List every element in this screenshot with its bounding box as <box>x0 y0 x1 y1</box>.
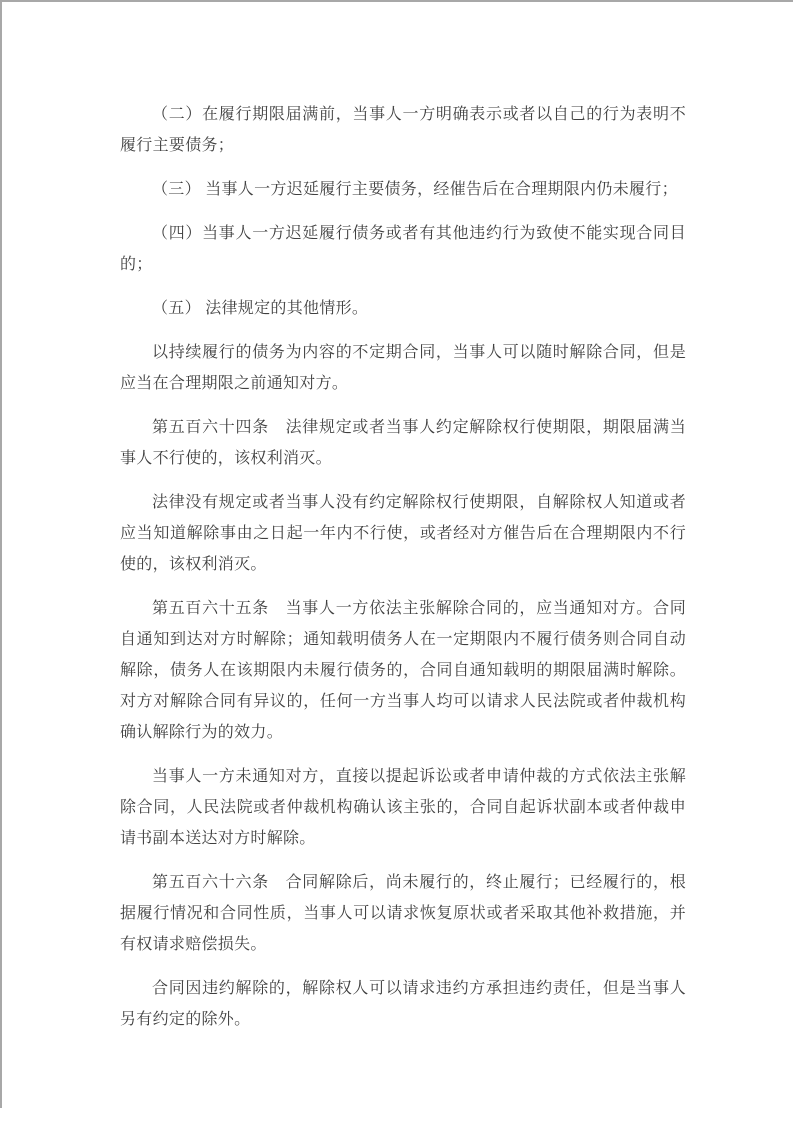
article-565-paragraph-2: 当事人一方未通知对方，直接以提起诉讼或者申请仲裁的方式依法主张解除合同，人民法院… <box>120 761 686 854</box>
clause-item-3: （三） 当事人一方迟延履行主要债务，经催告后在合理期限内仍未履行； <box>120 174 686 205</box>
article-564-paragraph-1: 第五百六十四条 法律规定或者当事人约定解除权行使期限，期限届满当事人不行使的，该… <box>120 412 686 474</box>
paragraph-continuous-contract: 以持续履行的债务为内容的不定期合同，当事人可以随时解除合同，但是应当在合理期限之… <box>120 337 686 399</box>
article-566-paragraph-1: 第五百六十六条 合同解除后，尚未履行的，终止履行；已经履行的，根据履行情况和合同… <box>120 867 686 960</box>
article-566-paragraph-2: 合同因违约解除的，解除权人可以请求违约方承担违约责任，但是当事人另有约定的除外。 <box>120 973 686 1035</box>
page-frame-top-border <box>0 0 793 2</box>
clause-item-4: （四）当事人一方迟延履行债务或者有其他违约行为致使不能实现合同目的； <box>120 218 686 280</box>
article-564-paragraph-2: 法律没有规定或者当事人没有约定解除权行使期限，自解除权人知道或者应当知道解除事由… <box>120 487 686 580</box>
clause-item-5: （五） 法律规定的其他情形。 <box>120 293 686 324</box>
document-page: { "page": { "background": "#ffffff", "fr… <box>0 0 793 1122</box>
clause-item-2: （二）在履行期限届满前，当事人一方明确表示或者以自己的行为表明不履行主要债务； <box>120 99 686 161</box>
article-565-paragraph-1: 第五百六十五条 当事人一方依法主张解除合同的，应当通知对方。合同自通知到达对方时… <box>120 593 686 748</box>
page-frame-left-border <box>0 0 2 1108</box>
document-text-block: （二）在履行期限届满前，当事人一方明确表示或者以自己的行为表明不履行主要债务； … <box>120 99 686 1035</box>
